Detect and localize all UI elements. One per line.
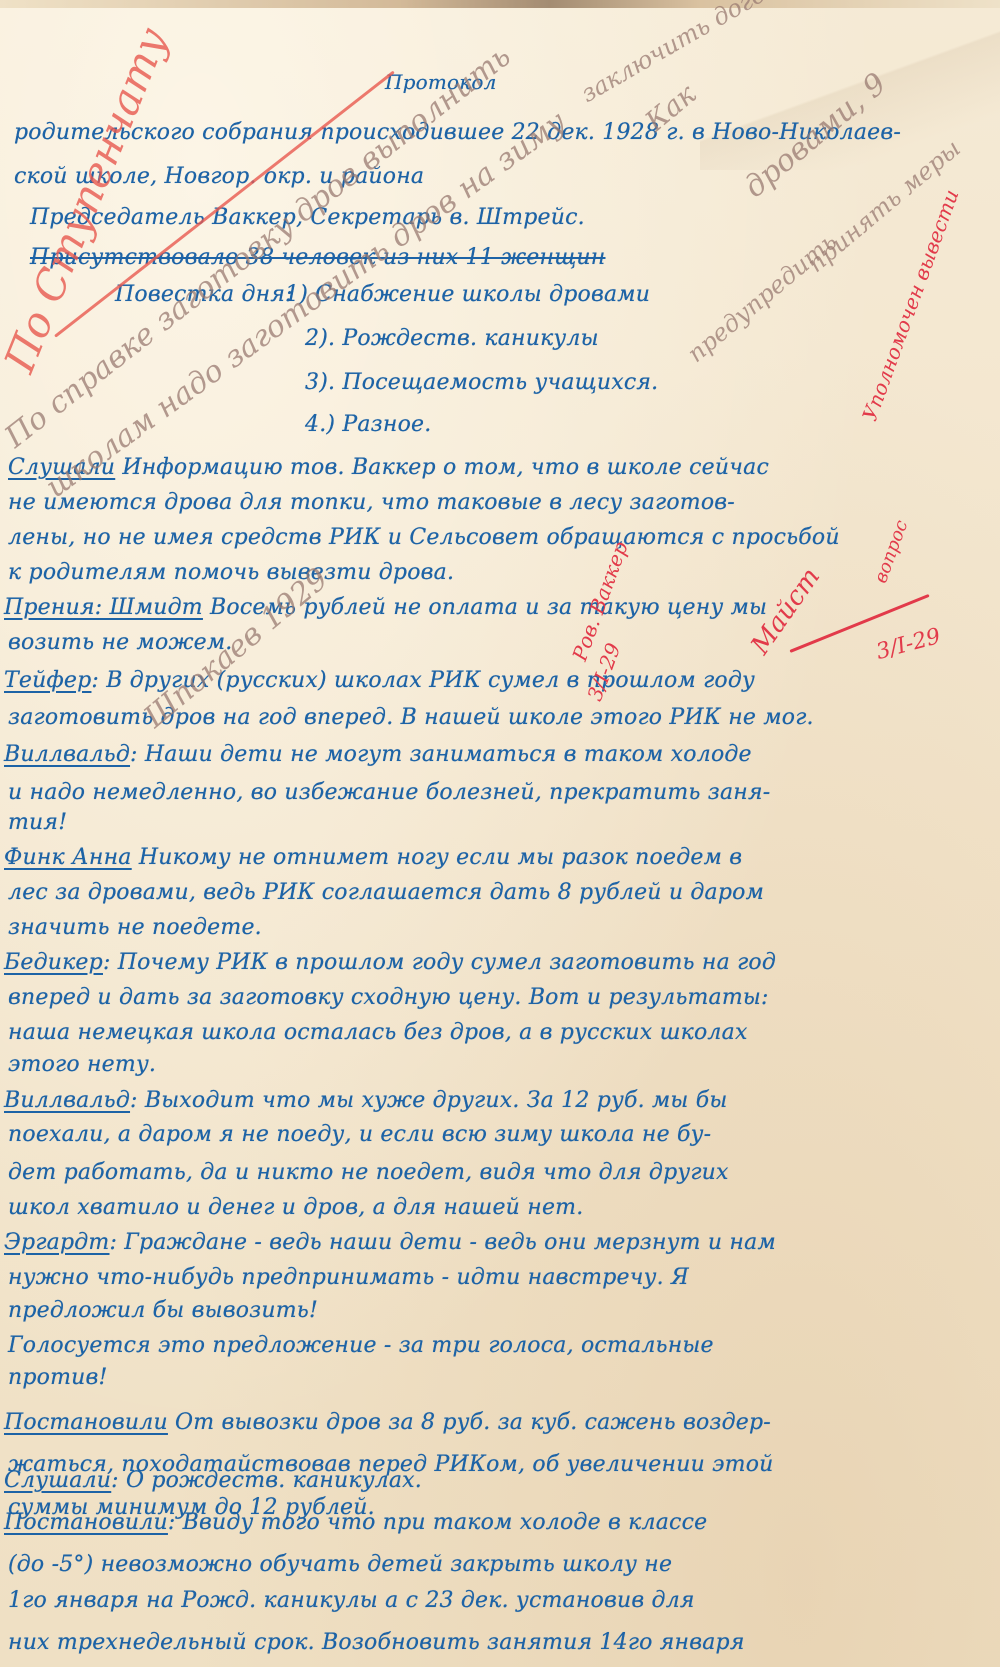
minutes-line: лес за дровами, ведь РИК соглашается дат…	[8, 880, 764, 905]
minutes-line: Виллвальд: Выходит что мы хуже других. З…	[4, 1088, 727, 1113]
minutes-line: Бедикер: Почему РИК в прошлом году сумел…	[4, 950, 776, 975]
minutes-line: Виллвальд: Наши дети не могут заниматься…	[4, 742, 752, 767]
minutes-line: вперед и дать за заготовку сходную цену.…	[8, 985, 769, 1010]
minutes-line: Эргардт: Граждане - ведь наши дети - вед…	[4, 1230, 776, 1255]
pencil-note-7: предупредить	[682, 227, 842, 368]
minutes-line: значить не поедете.	[8, 915, 262, 940]
header-line-1: родительского собрания происходившее 22 …	[14, 120, 901, 145]
minutes-line: тия!	[8, 810, 67, 835]
red-pen-note-3: вопрос	[870, 517, 912, 586]
minutes-line: Постановили: Ввиду того что при таком хо…	[4, 1510, 707, 1535]
minutes-line: дет работать, да и никто не поедет, видя…	[8, 1160, 729, 1185]
minutes-line: Слушали: О рождеств. каникулах.	[4, 1468, 422, 1493]
minutes-line: к родителям помочь вывезти дрова.	[8, 560, 454, 585]
minutes-line: нужно что-нибудь предпринимать - идти на…	[8, 1265, 689, 1290]
minutes-line: них трехнедельный срок. Возобновить заня…	[8, 1630, 745, 1655]
agenda-item-2: 2). Рождеств. каникулы	[305, 326, 599, 351]
minutes-line: этого нету.	[8, 1052, 156, 1077]
minutes-line: поехали, а даром я не поеду, и если всю …	[8, 1122, 711, 1147]
minutes-line: заготовить дров на год вперед. В нашей ш…	[8, 705, 814, 730]
minutes-line: Финк Анна Никому не отнимет ногу если мы…	[4, 845, 742, 870]
red-pen-note-6: 3/I-29	[874, 624, 944, 665]
minutes-line: (до -5°) невозможно обучать детей закрыт…	[8, 1552, 672, 1577]
minutes-line: против!	[8, 1365, 108, 1390]
document-page: Протокол родительского собрания происход…	[0, 0, 1000, 1667]
minutes-line: Тейфер: В других (русских) школах РИК су…	[4, 668, 755, 693]
minutes-line: возить не можем.	[8, 630, 233, 655]
agenda-item-4: 4.) Разное.	[305, 412, 431, 437]
minutes-line: предложил бы вывозить!	[8, 1298, 318, 1323]
minutes-line: Голосуется это предложение - за три голо…	[8, 1333, 714, 1358]
attendance-line: Присутствовало 38 человек из них 11 женщ…	[30, 245, 606, 270]
agenda-item-3: 3). Посещаемость учащихся.	[305, 370, 658, 395]
minutes-line: 1го января на Рожд. каникулы а с 23 дек.…	[8, 1588, 695, 1613]
minutes-line: и надо немедленно, во избежание болезней…	[8, 780, 770, 805]
minutes-line: школ хватило и денег и дров, а для нашей…	[8, 1195, 583, 1220]
minutes-line: Постановили От вывозки дров за 8 руб. за…	[4, 1410, 771, 1435]
minutes-line: наша немецкая школа осталась без дров, а…	[8, 1020, 748, 1045]
minutes-line: Прения: Шмидт Восемь рублей не оплата и …	[4, 595, 767, 620]
minutes-line: лены, но не имея средств РИК и Сельсовет…	[8, 525, 840, 550]
minutes-line: не имеются дрова для топки, что таковые …	[8, 490, 735, 515]
